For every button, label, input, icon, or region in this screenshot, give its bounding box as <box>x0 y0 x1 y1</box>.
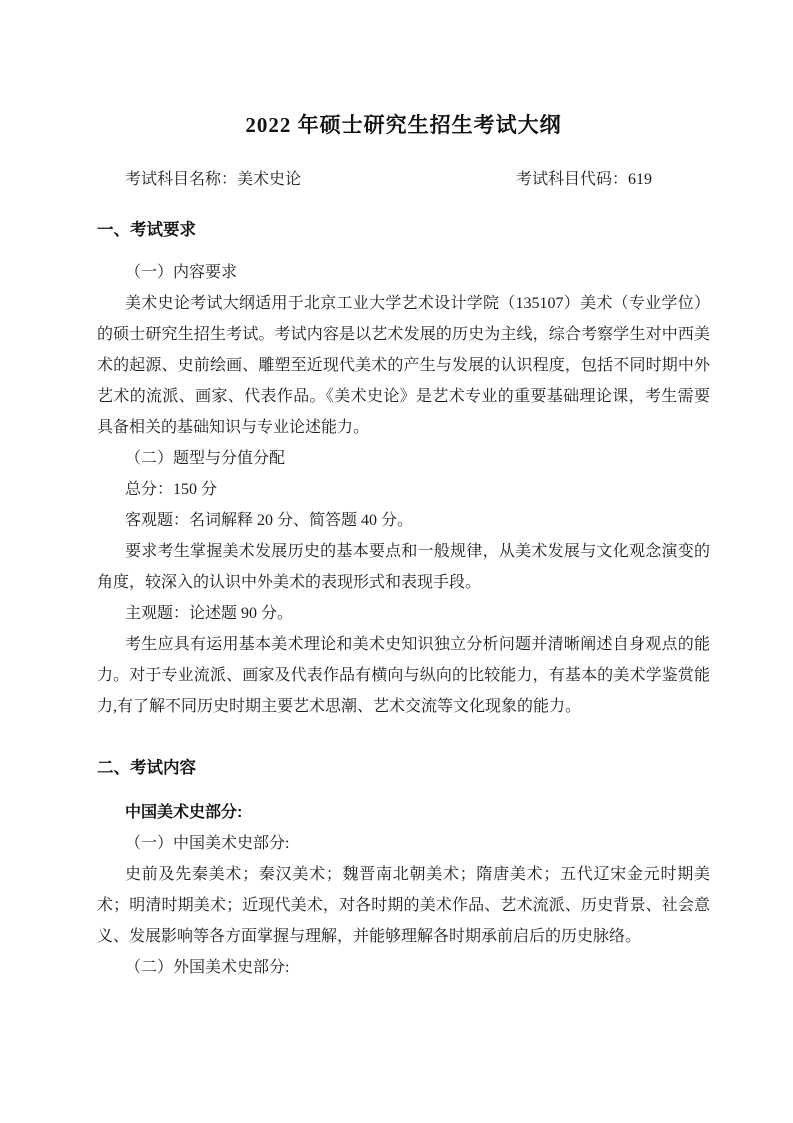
section-exam-requirements: 一、考试要求 （一）内容要求 美术史论考试大纲适用于北京工业大学艺术设计学院（1… <box>97 220 710 722</box>
subject-code-label: 考试科目代码：619 <box>516 170 652 190</box>
content-requirements-paragraph: 美术史论考试大纲适用于北京工业大学艺术设计学院（135107）美术（专业学位）的… <box>97 288 710 443</box>
section-1-heading: 一、考试要求 <box>97 220 710 241</box>
subjective-questions-line: 主观题：论述题 90 分。 <box>97 598 710 629</box>
objective-questions-line: 客观题：名词解释 20 分、简答题 40 分。 <box>97 505 710 536</box>
section-exam-content: 二、考试内容 中国美术史部分: （一）中国美术史部分: 史前及先秦美术；秦汉美术… <box>97 758 710 983</box>
objective-questions-paragraph: 要求考生掌握美术发展历史的基本要点和一般规律，从美术发展与文化观念演变的角度，较… <box>97 536 710 598</box>
chinese-art-history-subheading: （一）中国美术史部分: <box>97 828 710 859</box>
foreign-art-history-subheading: （二）外国美术史部分: <box>97 952 710 983</box>
section-2-heading: 二、考试内容 <box>97 758 710 779</box>
subject-info-row: 考试科目名称：美术史论 考试科目代码：619 <box>97 170 710 190</box>
document-page: 2022 年硕士研究生招生考试大纲 考试科目名称：美术史论 考试科目代码：619… <box>0 0 793 1123</box>
total-score-line: 总分：150 分 <box>97 474 710 505</box>
question-type-subheading: （二）题型与分值分配 <box>97 443 710 474</box>
chinese-art-history-paragraph: 史前及先秦美术；秦汉美术；魏晋南北朝美术；隋唐美术；五代辽宋金元时期美术；明清时… <box>97 859 710 952</box>
content-requirements-subheading: （一）内容要求 <box>97 257 710 288</box>
subject-name-label: 考试科目名称：美术史论 <box>125 170 301 190</box>
chinese-art-history-bold-heading: 中国美术史部分: <box>97 797 710 828</box>
document-title: 2022 年硕士研究生招生考试大纲 <box>97 110 710 140</box>
subjective-questions-paragraph: 考生应具有运用基本美术理论和美术史知识独立分析问题并清晰阐述自身观点的能力。对于… <box>97 629 710 722</box>
